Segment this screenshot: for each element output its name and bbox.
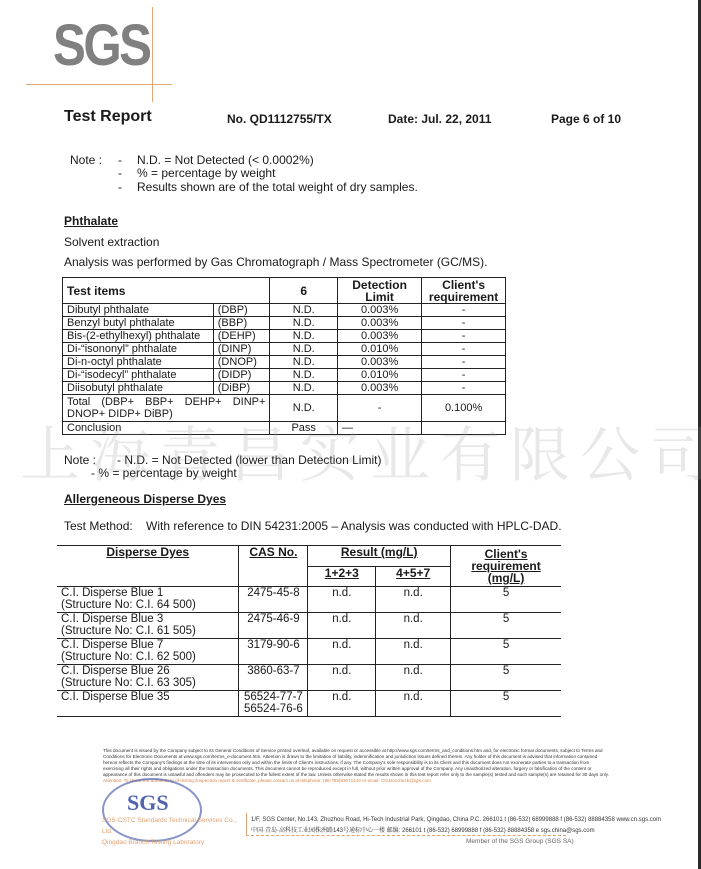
header-test-items: Test items (63, 278, 214, 304)
section-title-disperse-dyes: Allergeneous Disperse Dyes (64, 492, 226, 506)
dye-label: C.I. Disperse Blue 3 (61, 613, 234, 625)
item-requirement: - (422, 369, 506, 382)
sgs-logo: SGS (53, 12, 149, 79)
fine-print-text: This document is issued by the Company s… (103, 748, 609, 777)
item-abbr: (DiBP) (213, 382, 270, 395)
dye-label: C.I. Disperse Blue 35 (61, 691, 234, 703)
table-row: C.I. Disperse Blue 26(Structure No: C.I.… (57, 665, 561, 691)
dye-label: C.I. Disperse Blue 1 (61, 587, 234, 599)
table-row: Bis-(2-ethylhexyl) phthalate (DEHP) N.D.… (63, 330, 506, 343)
table-row: Di-n-octyl phthalate (DNOP) N.D. 0.003% … (63, 356, 506, 369)
dye-cas: 56524-77-7 56524-76-6 (239, 691, 308, 717)
dye-result-457: n.d. (376, 639, 451, 665)
dye-label: C.I. Disperse Blue 7 (61, 639, 234, 651)
item-abbr: (BBP) (213, 317, 270, 330)
footer-company: SGS-CSTC Standards Technical Services Co… (102, 815, 242, 848)
dye-requirement: 5 (451, 587, 561, 613)
footer-member: Member of the SGS Group (SGS SA) (466, 838, 574, 845)
dye-name: C.I. Disperse Blue 3(Structure No: C.I. … (57, 613, 239, 639)
disperse-dyes-table: Disperse Dyes CAS No. Result (mg/L) Clie… (57, 545, 561, 717)
header-sample: 6 (270, 278, 338, 304)
item-requirement: - (422, 317, 506, 330)
logo-rule-vertical (152, 7, 153, 102)
item-name: Dibutyl phthalate (63, 304, 214, 317)
dye-requirement: 5 (451, 639, 561, 665)
item-abbr: (DIDP) (213, 369, 270, 382)
table-row: Dibutyl phthalate (DBP) N.D. 0.003% - (63, 304, 506, 317)
report-title: Test Report (64, 108, 152, 126)
dye-cas: 2475-45-8 (239, 587, 308, 613)
item-name: Di-“isononyl” phthalate (63, 343, 214, 356)
report-date: Date: Jul. 22, 2011 (388, 112, 491, 126)
header-client-requirement: Client's requirement (422, 278, 506, 304)
item-limit: 0.003% (338, 317, 422, 330)
dye-result-457: n.d. (376, 587, 451, 613)
dye-structure: (Structure No: C.I. 63 305) (61, 677, 234, 689)
watermark: 上海青昌实业有限公司 (20, 408, 701, 494)
item-limit: 0.003% (338, 382, 422, 395)
header-blank (213, 278, 270, 304)
table-row: Diisobutyl phthalate (DiBP) N.D. 0.003% … (63, 382, 506, 395)
item-name: Bis-(2-ethylhexyl) phthalate (63, 330, 214, 343)
note-item: Results shown are of the total weight of… (137, 180, 418, 194)
dye-result-123: n.d. (308, 613, 376, 639)
header-client-requirement: Client's requirement (mg/L) (451, 546, 561, 587)
item-requirement: - (422, 304, 506, 317)
dye-label: C.I. Disperse Blue 26 (61, 665, 234, 677)
table-row: C.I. Disperse Blue 7(Structure No: C.I. … (57, 639, 561, 665)
dye-name: C.I. Disperse Blue 26(Structure No: C.I.… (57, 665, 239, 691)
report-number: No. QD1112755/TX (227, 112, 332, 126)
dye-result-457: n.d. (376, 613, 451, 639)
header-cas-no: CAS No. (239, 546, 308, 587)
table-row: Di-“isodecyl” phthalate (DIDP) N.D. 0.01… (63, 369, 506, 382)
item-result: N.D. (270, 330, 338, 343)
item-requirement: - (422, 382, 506, 395)
item-limit: 0.003% (338, 356, 422, 369)
dye-requirement: 5 (451, 691, 561, 717)
table-row: C.I. Disperse Blue 35 56524-77-7 56524-7… (57, 691, 561, 717)
header-sub-123: 1+2+3 (308, 566, 376, 587)
dye-cas: 2475-46-9 (239, 613, 308, 639)
item-requirement: - (422, 356, 506, 369)
dye-requirement: 5 (451, 613, 561, 639)
item-abbr: (DBP) (213, 304, 270, 317)
dye-structure: (Structure No: C.I. 64 500) (61, 599, 234, 611)
item-limit: 0.010% (338, 343, 422, 356)
dye-result-457: n.d. (376, 691, 451, 717)
note-label: Note : (70, 153, 102, 167)
header-sub-457: 4+5+7 (376, 566, 451, 587)
item-result: N.D. (270, 369, 338, 382)
item-name: Diisobutyl phthalate (63, 382, 214, 395)
item-result: N.D. (270, 356, 338, 369)
note-item: % = percentage by weight (137, 166, 275, 180)
table-header-row: Disperse Dyes CAS No. Result (mg/L) Clie… (57, 546, 561, 567)
item-requirement: - (422, 330, 506, 343)
item-name: Benzyl butyl phthalate (63, 317, 214, 330)
table-row: C.I. Disperse Blue 3(Structure No: C.I. … (57, 613, 561, 639)
dye-requirement: 5 (451, 665, 561, 691)
table-row: C.I. Disperse Blue 1(Structure No: C.I. … (57, 587, 561, 613)
item-name: Di-“isodecyl” phthalate (63, 369, 214, 382)
method-analysis: Analysis was performed by Gas Chromatogr… (64, 255, 487, 269)
dye-cas: 3179-90-6 (239, 639, 308, 665)
dye-name: C.I. Disperse Blue 35 (57, 691, 239, 717)
method-extraction: Solvent extraction (64, 235, 159, 249)
logo-rule-horizontal (26, 84, 172, 85)
item-result: N.D. (270, 317, 338, 330)
dye-cas: 3860-63-7 (239, 665, 308, 691)
dye-result-457: n.d. (376, 665, 451, 691)
item-abbr: (DEHP) (213, 330, 270, 343)
table-row: Di-“isononyl” phthalate (DINP) N.D. 0.01… (63, 343, 506, 356)
company-line1: SGS-CSTC Standards Technical Services Co… (102, 815, 242, 837)
item-limit: 0.003% (338, 304, 422, 317)
dye-result-123: n.d. (308, 639, 376, 665)
header-result: Result (mg/L) (308, 546, 451, 567)
item-abbr: (DNOP) (213, 356, 270, 369)
header-disperse-dyes: Disperse Dyes (57, 546, 239, 587)
item-limit: 0.010% (338, 369, 422, 382)
note-bullet: - (118, 153, 122, 167)
header-detection-limit: Detection Limit (338, 278, 422, 304)
footer-fine-print: This document is issued by the Company s… (103, 748, 611, 784)
dye-structure: (Structure No: C.I. 62 500) (61, 651, 234, 663)
item-requirement: - (422, 343, 506, 356)
footer-divider (246, 813, 247, 835)
footer-dashed-rule (246, 835, 566, 836)
item-result: N.D. (270, 382, 338, 395)
note-bullet: - (118, 166, 122, 180)
test-method-text: With reference to DIN 54231:2005 – Analy… (146, 519, 562, 533)
stamp-text: SGS (127, 790, 169, 816)
footer-address: 1/F, SGS Center, No.143, Zhuzhou Road, H… (251, 815, 661, 837)
note-bullet: - (118, 180, 122, 194)
dye-result-123: n.d. (308, 665, 376, 691)
test-method-label: Test Method: (64, 519, 133, 533)
company-line2: Qingdao Branch Testing Laboratory (102, 837, 242, 848)
dye-structure: (Structure No: C.I. 61 505) (61, 625, 234, 637)
section-title-phthalate: Phthalate (64, 214, 118, 228)
item-limit: 0.003% (338, 330, 422, 343)
dye-result-123: n.d. (308, 587, 376, 613)
item-abbr: (DINP) (213, 343, 270, 356)
dye-name: C.I. Disperse Blue 1(Structure No: C.I. … (57, 587, 239, 613)
address-english: 1/F, SGS Center, No.143, Zhuzhou Road, H… (251, 815, 661, 826)
page-number: Page 6 of 10 (551, 112, 621, 126)
table-row: Benzyl butyl phthalate (BBP) N.D. 0.003%… (63, 317, 506, 330)
dye-result-123: n.d. (308, 691, 376, 717)
item-result: N.D. (270, 304, 338, 317)
dye-name: C.I. Disperse Blue 7(Structure No: C.I. … (57, 639, 239, 665)
item-name: Di-n-octyl phthalate (63, 356, 214, 369)
item-result: N.D. (270, 343, 338, 356)
table-header-row: Test items 6 Detection Limit Client's re… (63, 278, 506, 304)
note-item: N.D. = Not Detected (< 0.0002%) (137, 153, 314, 167)
